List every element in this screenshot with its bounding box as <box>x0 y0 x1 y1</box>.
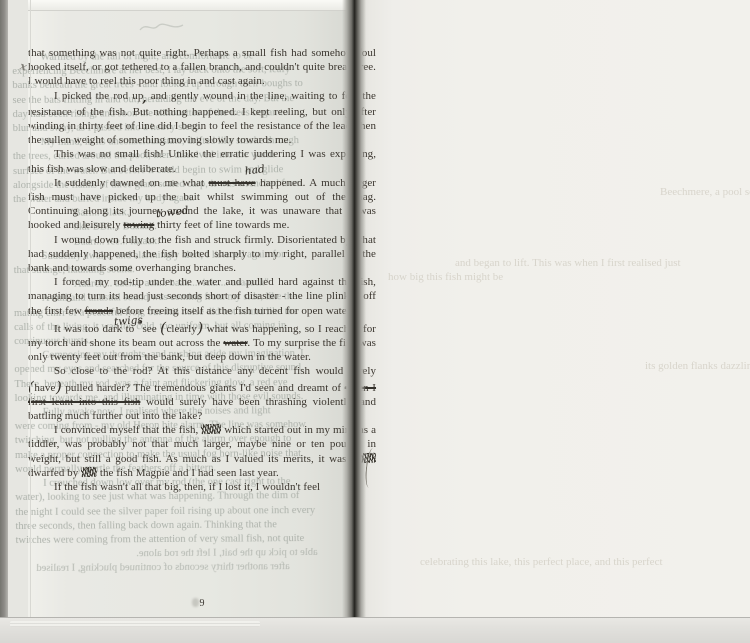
paragraph: I convinced myself that the fish, which … <box>28 423 376 480</box>
book-gutter-shadow <box>342 0 366 622</box>
text-segment: I convinced myself that the fish, <box>54 424 201 436</box>
paragraph: I picked the rod up, and gently wound in… <box>28 89 376 148</box>
paragraph: It suddenly dawned on me what must haveh… <box>28 176 376 233</box>
strikethrough-text: towingtowed <box>123 219 154 231</box>
text-segment: I wound down fully to the fish and struc… <box>28 234 376 274</box>
text-segment: see <box>142 323 160 335</box>
bleed-through-text: celebrating this lake, this perfect plac… <box>420 556 663 568</box>
ghost-text-line: after another thirty seconds of continue… <box>16 560 318 576</box>
text-segment: that something was not quite right. Perh… <box>28 47 376 87</box>
text-segment: If the fish wasn't all that big, then, i… <box>54 481 320 493</box>
paragraph: If the fish wasn't all that big, then, i… <box>28 480 376 494</box>
strikethrough-text: frondstwigs <box>85 305 113 317</box>
text-segment: thirty feet of line towards me. <box>154 219 289 231</box>
text-segment: the fish Magpie and I had seen last year… <box>97 467 279 479</box>
paragraph: that something was not quite right. Perh… <box>28 46 376 89</box>
bleed-through-text: how big this fish might be <box>388 271 503 283</box>
page-number: 9 <box>28 598 376 609</box>
text-segment: I picked the rod up <box>54 90 143 102</box>
page-edge-shadow <box>0 0 8 643</box>
text-segment: It suddenly dawned on me what <box>54 177 209 189</box>
paragraph: This was no small fish! Unlike the errat… <box>28 147 376 175</box>
paragraph: I wound down fully to the fish and struc… <box>28 233 376 276</box>
strikethrough-text: must havehad <box>209 177 256 189</box>
page-fore-edges <box>8 0 31 643</box>
text-segment: pulled harder? The tremendous giants I'd… <box>62 382 345 394</box>
paragraph: I forced my rod-tip under the water and … <box>28 275 376 318</box>
text-segment: So close to the rod? At this distance an… <box>54 365 376 377</box>
text-segment: dwarfed by <box>28 467 81 479</box>
bleed-through-text: and began to lift. This was when I first… <box>455 257 681 269</box>
ink-scribble <box>81 467 97 477</box>
header-smudge <box>138 20 186 34</box>
text-segment: before freeing itself as the fish turned… <box>113 305 353 317</box>
right-page <box>358 0 750 620</box>
bleed-through-text: Beechmere, a pool so <box>660 186 750 198</box>
hand-parenthesized-word: have <box>28 382 62 394</box>
paragraph: So close to the rod? At this distance an… <box>28 364 376 423</box>
book-photo: Warmed by the fall of night, and comfort… <box>0 0 750 643</box>
right-page-text: that something was not quite right. Perh… <box>28 46 376 494</box>
text-segment: This was no small fish! Unlike the errat… <box>28 148 376 174</box>
bleed-through-text: its golden flanks dazzling my <box>645 360 750 372</box>
strikethrough-text: water <box>223 337 247 349</box>
paragraph: It was too dark to *see clearly what was… <box>28 318 376 365</box>
hand-parenthesized-word: clearly <box>160 323 203 335</box>
top-page-edges <box>28 0 354 11</box>
ink-scribble <box>201 424 221 435</box>
bottom-page-stack <box>10 621 260 627</box>
